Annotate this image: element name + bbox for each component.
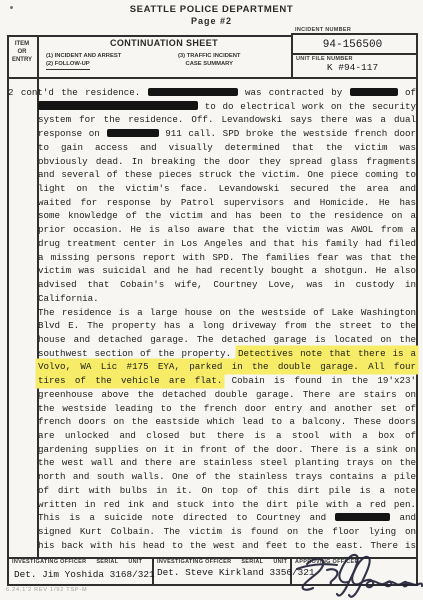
body-line: drug treatment center in Los Angeles and… xyxy=(38,237,416,251)
body-line: Blvd E. The property has a long driveway… xyxy=(38,319,416,333)
body-text-segment: 2 cont'd the residence. xyxy=(8,87,148,98)
body-text-segment: was contracted by xyxy=(245,87,350,98)
body-text-segment: gardening supplies on it in front of the… xyxy=(38,444,416,455)
body-text-segment: light on the victim's face. Levandowski … xyxy=(38,183,416,194)
highlighted-text: tires of the vehicle are flat. xyxy=(38,375,222,386)
body-text-segment: drug treatment center in Los Angeles and… xyxy=(38,238,416,249)
body-text-segment: waited for response by Patrol supervisor… xyxy=(38,197,416,208)
body-text-segment: french doors on the eastside which lead … xyxy=(38,416,416,427)
highlighted-text: Detectives note that there is a xyxy=(238,348,416,359)
body-line: to gain access and visually determined t… xyxy=(38,141,416,155)
body-text-segment: house and detached garage. The detached … xyxy=(38,334,416,345)
incident-number-value: 94-156500 xyxy=(291,39,414,51)
body-line: french doors on the eastside which lead … xyxy=(38,415,416,429)
body-line: system for the residence. Off. Levandows… xyxy=(38,113,416,127)
body-text-segment: Cobain is found in the 19'x23' xyxy=(232,375,416,386)
body-line: prior occasion. He is also aware that th… xyxy=(38,223,416,237)
body-text-segment: victim was suicidal and he had recently … xyxy=(38,265,416,276)
investigating-officer-1-value: Det. Jim Yoshida 3168/321 xyxy=(14,569,155,580)
unit-label: UNIT xyxy=(273,559,287,565)
body-text-segment: are unlocked and closed but there is a s… xyxy=(38,430,416,441)
body-line: greenhouse above the detached double gar… xyxy=(38,388,416,402)
body-text-segment: The residence is a large house on the we… xyxy=(38,307,416,318)
highlighted-text: Volvo, WA Lic #175 EYA, parked in the do… xyxy=(38,361,416,372)
body-text-segment: written in red ink and stuck into the di… xyxy=(38,499,416,510)
body-text-segment: the westside leading to the french door … xyxy=(38,403,416,414)
body-line: gardening supplies on it in front of the… xyxy=(38,443,416,457)
report-type-3b: CASE SUMMARY xyxy=(178,60,240,68)
report-type-1: (1) INCIDENT AND ARREST xyxy=(46,52,121,60)
investigating-officer-label: INVESTIGATING OFFICER xyxy=(12,559,86,565)
body-text-segment: southwest section of the property. xyxy=(38,348,238,359)
body-line: to do electrical work on the security xyxy=(38,100,416,114)
body-text-segment: obviously dead. In breaking the door the… xyxy=(38,156,416,167)
body-line: Volvo, WA Lic #175 EYA, parked in the do… xyxy=(38,360,416,374)
body-text-segment: 911 call. SPD broke the westside french … xyxy=(165,128,416,139)
redaction-bar xyxy=(350,88,398,97)
body-line: the westside leading to the french door … xyxy=(38,402,416,416)
body-text-segment: of xyxy=(405,87,416,98)
body-line: of dirt with bulbs in it. On top of this… xyxy=(38,484,416,498)
body-line: waited for response by Patrol supervisor… xyxy=(38,196,416,210)
approving-officer-signature xyxy=(293,548,423,600)
report-type-3: (3) TRAFFIC INCIDENT xyxy=(178,52,240,60)
body-text-segment: California. xyxy=(38,293,99,304)
body-line: California. xyxy=(38,292,416,306)
body-text-segment: some knowledge of the victim and has bee… xyxy=(38,210,416,221)
redaction-bar xyxy=(335,513,390,522)
redaction-bar xyxy=(107,129,159,138)
continuation-sheet-title: CONTINUATION SHEET xyxy=(37,38,291,48)
body-line: southwest section of the property. Detec… xyxy=(38,347,416,361)
serial-label: SERIAL xyxy=(96,559,118,565)
body-line: light on the victim's face. Levandowski … xyxy=(38,182,416,196)
body-line: response on 911 call. SPD broke the west… xyxy=(38,127,416,141)
report-type-options-left: (1) INCIDENT AND ARREST (2) FOLLOW-UP xyxy=(46,52,121,70)
incident-box-divider xyxy=(291,53,416,55)
body-line: and several of these pieces struck the v… xyxy=(38,168,416,182)
unit-label: UNIT xyxy=(128,559,142,565)
body-text-segment: of dirt with bulbs in it. On top of this… xyxy=(38,485,416,496)
redaction-bar xyxy=(148,88,238,97)
body-text-segment: a missing persons report with SPD. The f… xyxy=(38,252,416,263)
report-type-2: (2) FOLLOW-UP xyxy=(46,60,90,70)
body-line: house and detached garage. The detached … xyxy=(38,333,416,347)
serial-label: SERIAL xyxy=(241,559,263,565)
investigating-officer-2-labels: INVESTIGATING OFFICER SERIAL UNIT xyxy=(157,559,287,565)
item-header-line: ITEM xyxy=(7,40,37,48)
body-text-segment: the west wall and there are stainless st… xyxy=(38,457,416,468)
investigating-officer-2-value: Det. Steve Kirkland 3356/321 xyxy=(157,567,315,578)
item-header-line: OR xyxy=(7,48,37,56)
body-text-segment: This is a suicide note directed to Court… xyxy=(38,512,335,523)
body-text-segment: advised that Cobain's wife, Courtney Lov… xyxy=(38,279,416,290)
report-type-options-right: (3) TRAFFIC INCIDENT CASE SUMMARY xyxy=(178,52,240,68)
body-text-segment: signed Kurt Colbain. The victim is found… xyxy=(38,526,416,537)
item-or-entry-header: ITEM OR ENTRY xyxy=(7,40,37,64)
body-line: advised that Cobain's wife, Courtney Lov… xyxy=(38,278,416,292)
body-text-segment: to do electrical work on the security xyxy=(205,101,416,112)
body-text-segment: north and south walls. One of the stainl… xyxy=(38,471,416,482)
redaction-bar xyxy=(38,101,198,110)
page-number-label: Page #2 xyxy=(0,16,423,26)
body-line: The residence is a large house on the we… xyxy=(38,306,416,320)
body-line: victim was suicidal and he had recently … xyxy=(38,264,416,278)
body-line: 2 cont'd the residence. was contracted b… xyxy=(38,86,416,100)
body-text-segment: to gain access and visually determined t… xyxy=(38,142,416,153)
body-line: obviously dead. In breaking the door the… xyxy=(38,155,416,169)
investigating-officer-label: INVESTIGATING OFFICER xyxy=(157,559,231,565)
scanned-police-report: SEATTLE POLICE DEPARTMENT Page #2 INCIDE… xyxy=(0,0,423,600)
investigating-officer-1-labels: INVESTIGATING OFFICER SERIAL UNIT xyxy=(12,559,142,565)
body-text-segment: and several of these pieces struck the v… xyxy=(38,169,416,180)
body-line: This is a suicide note directed to Court… xyxy=(38,511,416,525)
report-narrative: 2 cont'd the residence. was contracted b… xyxy=(38,86,416,552)
body-line: tires of the vehicle are flat. Cobain is… xyxy=(38,374,416,388)
body-text-segment: prior occasion. He is also aware that th… xyxy=(38,224,416,235)
body-line: are unlocked and closed but there is a s… xyxy=(38,429,416,443)
document-title: SEATTLE POLICE DEPARTMENT xyxy=(0,4,423,15)
body-text-segment: system for the residence. Off. Levandows… xyxy=(38,114,416,125)
form-number-print: 6.24.1'2 REV 1/92 TSP-M xyxy=(6,587,87,593)
body-line: the west wall and there are stainless st… xyxy=(38,456,416,470)
body-line: written in red ink and stuck into the di… xyxy=(38,498,416,512)
body-line: signed Kurt Colbain. The victim is found… xyxy=(38,525,416,539)
body-text-segment: greenhouse above the detached double gar… xyxy=(38,389,416,400)
body-line: some knowledge of the victim and has bee… xyxy=(38,209,416,223)
unit-file-number-value: K #94-117 xyxy=(291,62,414,73)
body-line: north and south walls. One of the stainl… xyxy=(38,470,416,484)
item-header-line: ENTRY xyxy=(7,56,37,64)
body-text-segment: response on xyxy=(38,128,107,139)
body-line: a missing persons report with SPD. The f… xyxy=(38,251,416,265)
body-text-segment: Blvd E. The property has a long driveway… xyxy=(38,320,416,331)
body-text-segment: and xyxy=(399,512,416,523)
